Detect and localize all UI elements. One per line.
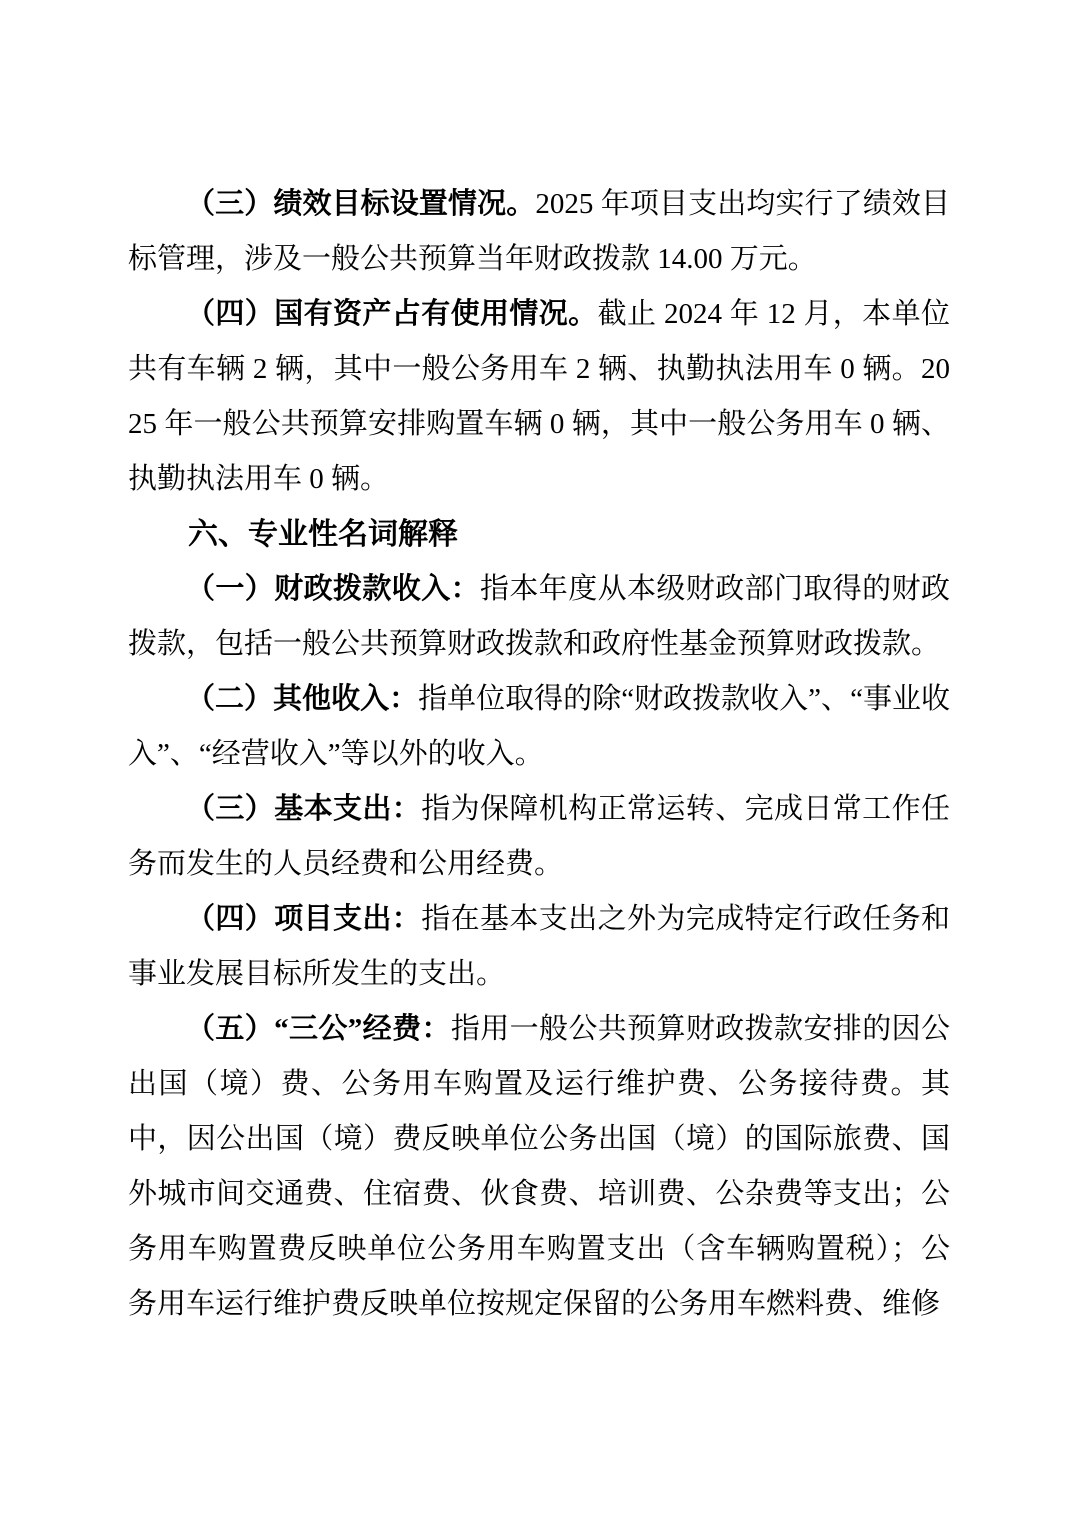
para-performance-target-setting: （三）绩效目标设置情况。2025 年项目支出均实行了绩效目标管理，涉及一般公共预… bbox=[128, 177, 950, 287]
document-page: （三）绩效目标设置情况。2025 年项目支出均实行了绩效目标管理，涉及一般公共预… bbox=[0, 0, 1074, 1520]
para-lead: （四）国有资产占有使用情况。 bbox=[186, 298, 598, 330]
section-heading-terms: 六、专业性名词解释 bbox=[128, 507, 950, 562]
document-body: （三）绩效目标设置情况。2025 年项目支出均实行了绩效目标管理，涉及一般公共预… bbox=[128, 177, 950, 1332]
para-text: 指用一般公共预算财政拨款安排的因公出国（境）费、公务用车购置及运行维护费、公务接… bbox=[128, 1013, 950, 1320]
para-fiscal-appropriation-income: （一）财政拨款收入：指本年度从本级财政部门取得的财政拨款，包括一般公共预算财政拨… bbox=[128, 562, 950, 672]
para-lead: （四）项目支出： bbox=[186, 903, 421, 935]
para-state-assets-usage: （四）国有资产占有使用情况。截止 2024 年 12 月，本单位共有车辆 2 辆… bbox=[128, 287, 950, 507]
para-lead: （五）“三公”经费： bbox=[186, 1013, 451, 1045]
para-basic-expenditure: （三）基本支出：指为保障机构正常运转、完成日常工作任务而发生的人员经费和公用经费… bbox=[128, 782, 950, 892]
para-other-income: （二）其他收入：指单位取得的除“财政拨款收入”、“事业收入”、“经营收入”等以外… bbox=[128, 672, 950, 782]
para-lead: （二）其他收入： bbox=[186, 683, 418, 715]
para-project-expenditure: （四）项目支出：指在基本支出之外为完成特定行政任务和事业发展目标所发生的支出。 bbox=[128, 892, 950, 1002]
para-lead: （一）财政拨款收入： bbox=[186, 573, 480, 605]
para-lead: （三）绩效目标设置情况。 bbox=[186, 188, 535, 220]
para-three-public-funds: （五）“三公”经费：指用一般公共预算财政拨款安排的因公出国（境）费、公务用车购置… bbox=[128, 1002, 950, 1332]
para-lead: （三）基本支出： bbox=[186, 793, 421, 825]
